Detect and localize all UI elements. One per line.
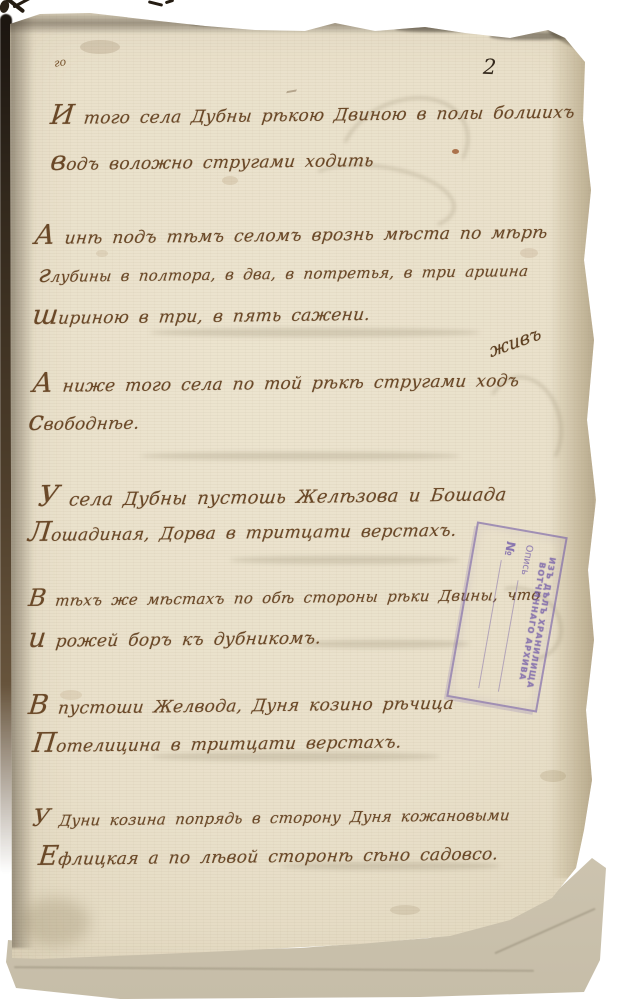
foxing-spot — [96, 250, 108, 257]
tear-stain — [190, 20, 320, 27]
foxing-spot — [80, 40, 120, 54]
manuscript-line: Ефлицкая а по лѣвой сторонѣ сѣно садовсо… — [37, 837, 500, 870]
show-through-line — [300, 640, 470, 648]
inner-gutter-shade — [10, 18, 34, 948]
manuscript-line: шириною в три, в пять сажени. — [31, 298, 372, 329]
manuscript-line: Лошадиная, Дорва в тритцати верстахъ. — [27, 514, 459, 546]
show-through-line — [150, 328, 480, 337]
manuscript-page: 2 го И того села Дубны рѣкою Двиною в по… — [0, 0, 618, 1001]
show-through-line — [140, 452, 460, 460]
foxing-spot — [222, 176, 238, 185]
sewing-thread — [148, 0, 163, 7]
manuscript-line: Потелицина в тритцати верстахъ. — [31, 725, 404, 757]
corner-lift-shadow — [20, 898, 90, 946]
sewing-thread — [0, 0, 11, 14]
manuscript-line: У села Дубны пустошь Желѣзова и Бошада — [37, 476, 509, 511]
manuscript-line: и рожей боръ къ дубникомъ. — [27, 621, 323, 652]
torn-top-edge-shadow — [8, 11, 570, 33]
show-through-line — [230, 556, 460, 564]
manuscript-line: свободнѣе. — [27, 407, 141, 436]
scribal-superscript: го — [53, 55, 67, 70]
manuscript-line: В пустоши Желвода, Дуня козино рѣчица — [27, 687, 456, 719]
manuscript-scan: 2 го И того села Дубны рѣкою Двиною в по… — [0, 0, 618, 1001]
stamp-number-label: № — [502, 540, 518, 557]
sewing-thread — [165, 0, 174, 4]
tear-stain — [395, 24, 485, 32]
foxing-spot — [390, 905, 420, 915]
stamp-opis-label: Опись — [519, 544, 535, 576]
page-number: 2 — [483, 55, 497, 79]
manuscript-line: водъ воложно стругами ходить — [49, 144, 376, 175]
foxing-spot — [540, 770, 566, 782]
binding-gutter-shadow — [0, 14, 12, 874]
